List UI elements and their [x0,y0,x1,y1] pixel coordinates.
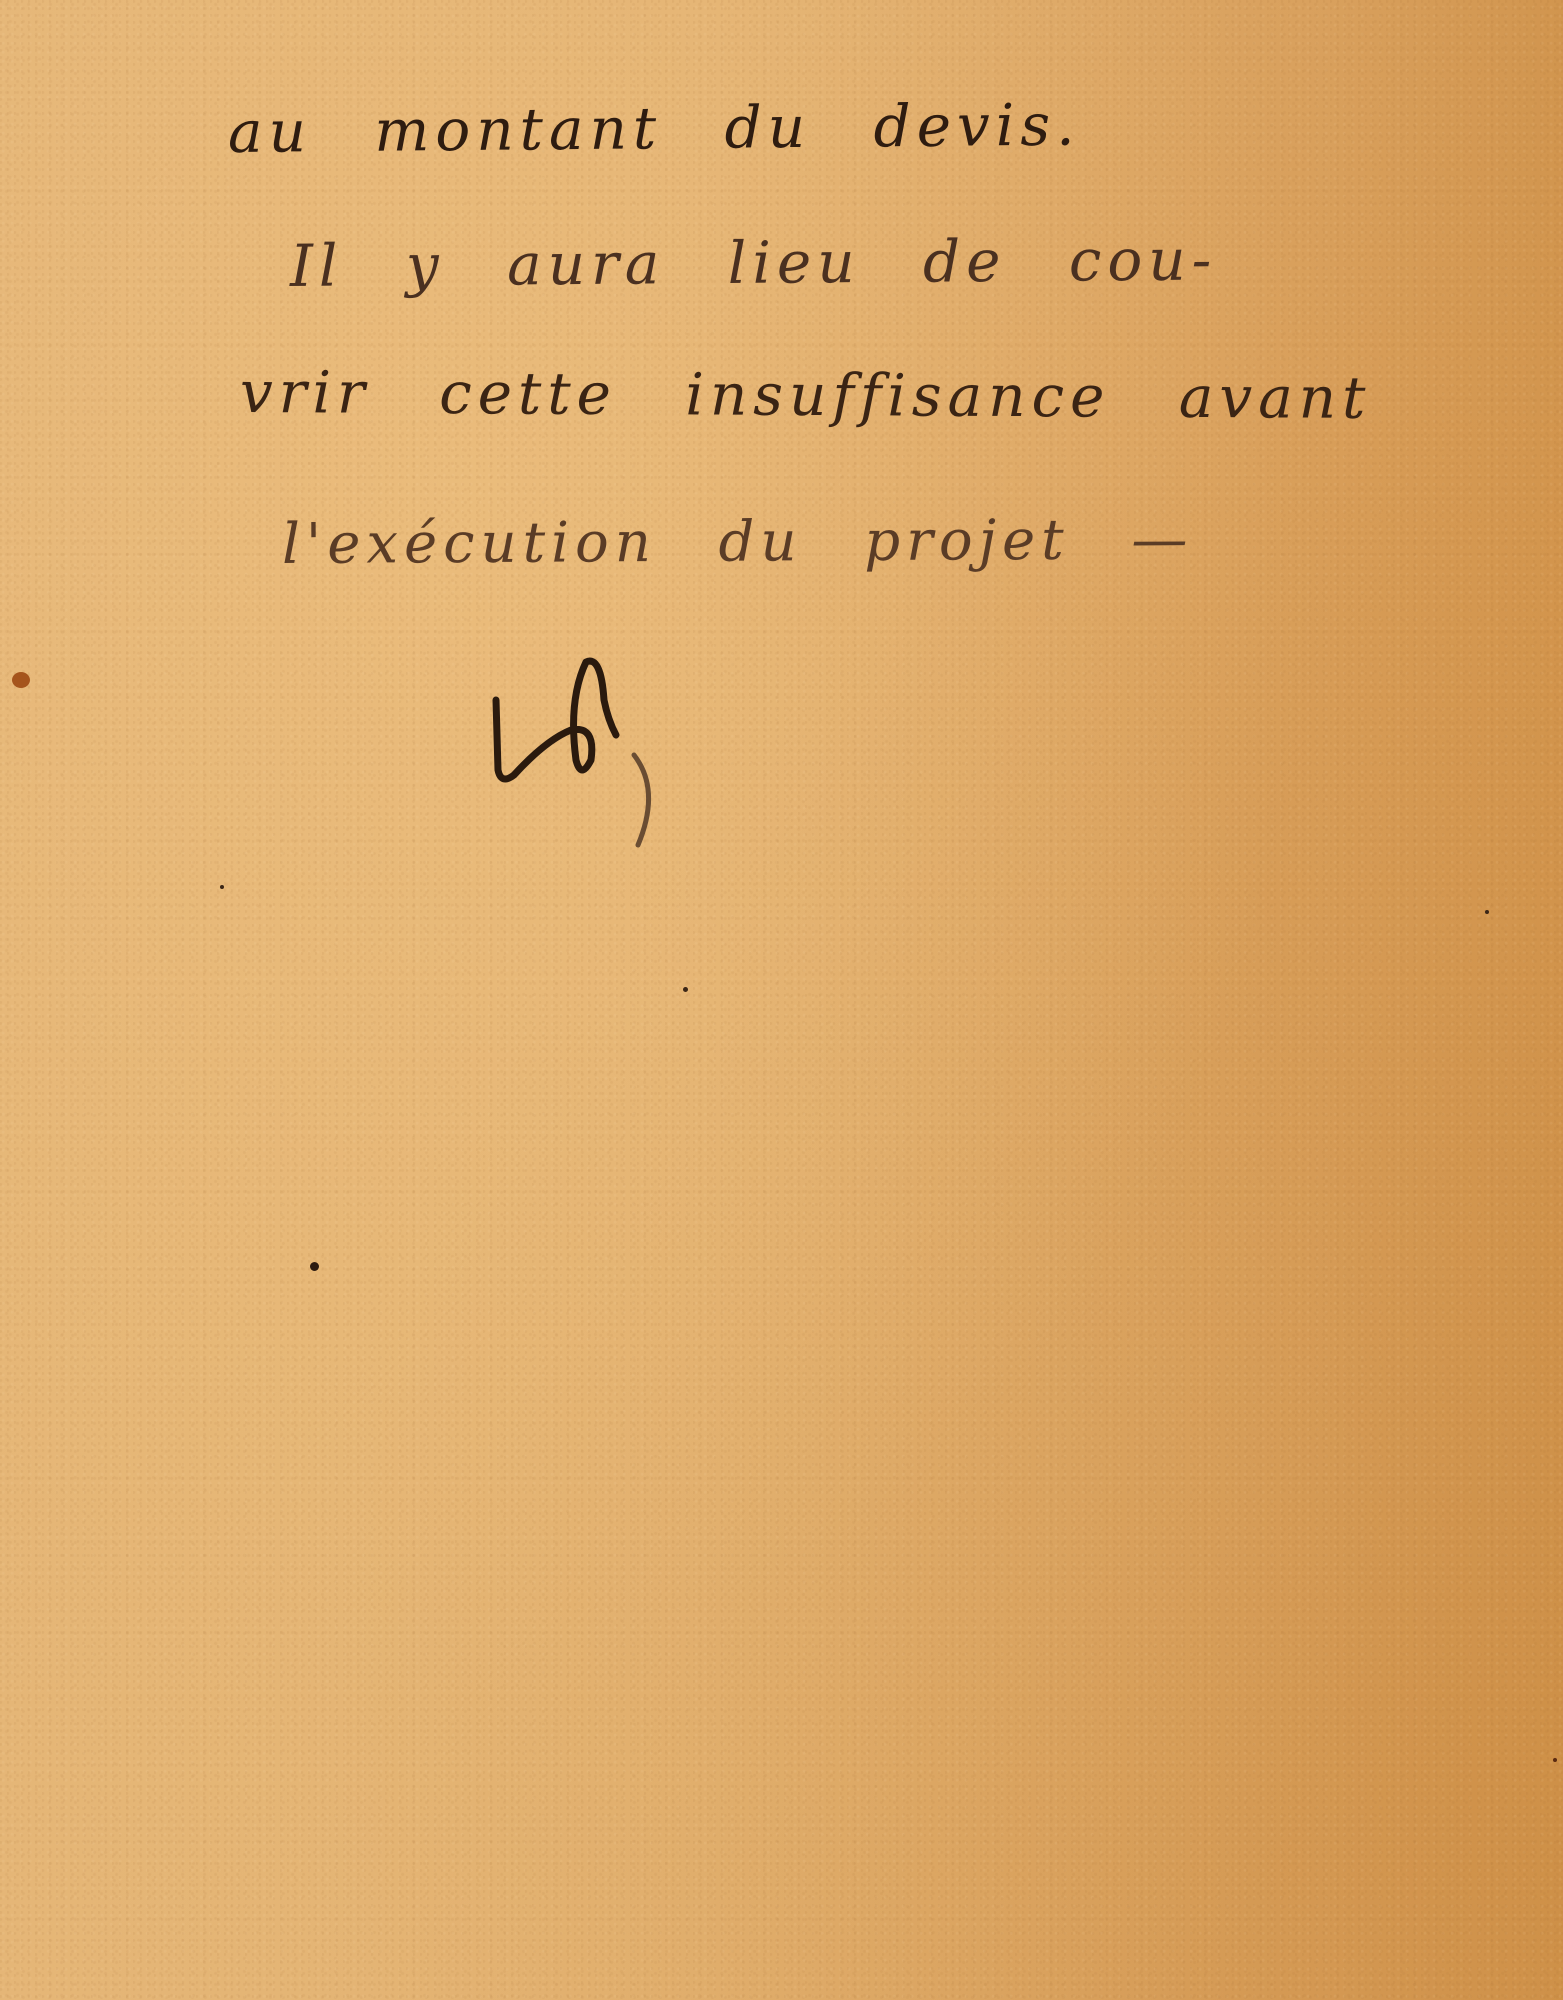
handwritten-line-1: au montant du devis. [228,91,1081,166]
ink-dot [1485,910,1489,914]
handwritten-line-2: Il y aura lieu de cou- [290,226,1218,300]
manuscript-page: au montant du devis. Il y aura lieu de c… [0,0,1563,2000]
ink-dot [220,885,224,889]
ink-dot [1553,1758,1557,1762]
signature-paraph-icon [476,640,656,860]
ink-dot [310,1262,319,1271]
handwritten-line-3: vrir cette insuffisance avant [240,358,1372,432]
paper-texture [0,0,1563,2000]
handwritten-line-4: l'exécution du projet — [282,507,1194,577]
ink-dot [683,987,688,992]
ink-spot [12,672,30,688]
